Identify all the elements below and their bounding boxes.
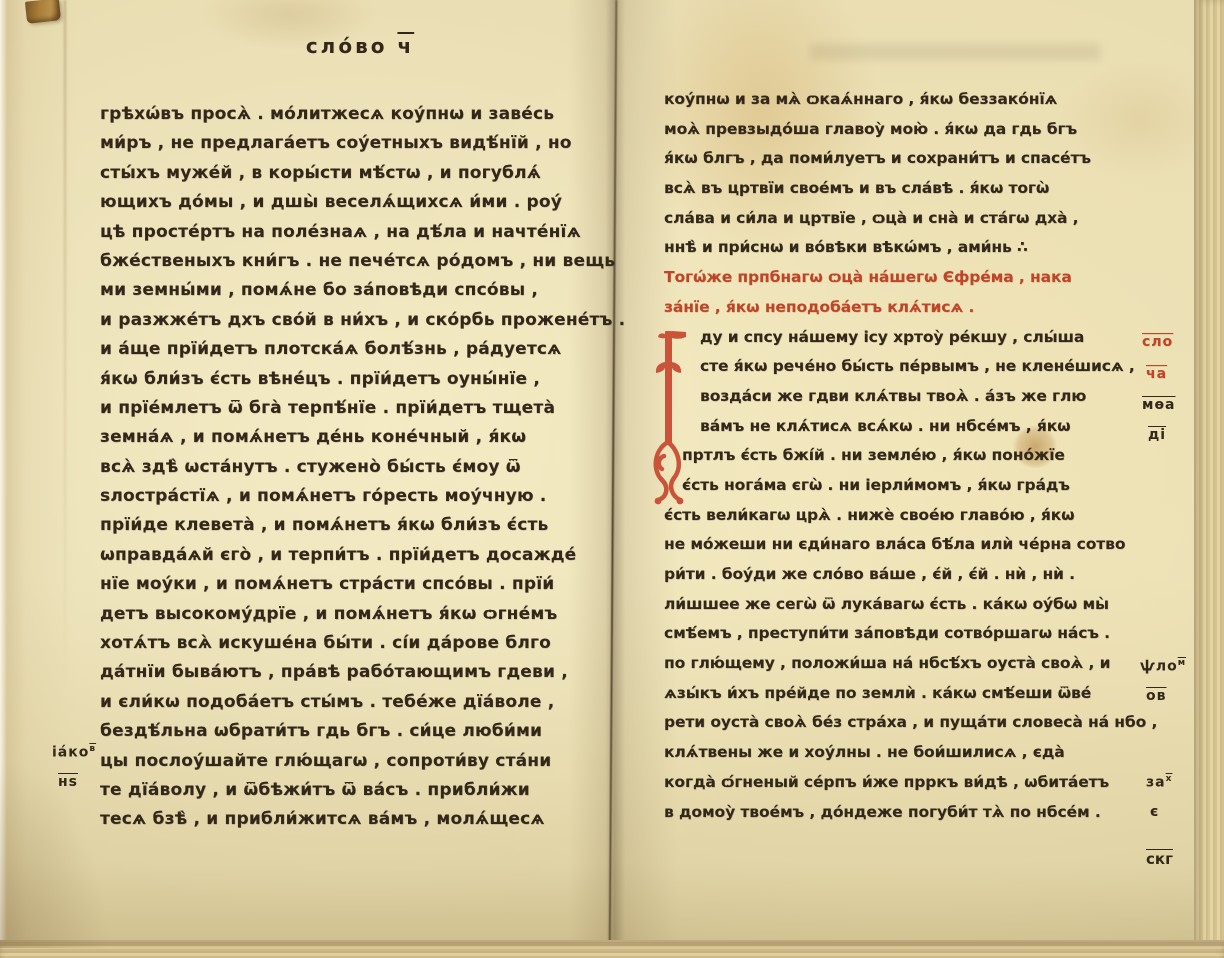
text-line: ми земны́ми , помѧ́не бо за́повѣди спсо́… bbox=[100, 280, 624, 309]
text-line: ющихъ до́мы , и дшы̀ веселѧ́щихсѧ и́ми .… bbox=[100, 192, 624, 221]
text-line: ѕлостра́стїѧ , и помѧ́нетъ го́ресть моу́… bbox=[100, 486, 624, 515]
right-page-text-block: коу́пнѡ и за мѧ̀ ѻкаѧ́ннаго , я́кѡ безза… bbox=[664, 90, 1140, 832]
rubric-heading-line: Тогѡ́же прпбнагѡ ѻца̀ на́шегѡ Єфре́ма , … bbox=[664, 268, 1140, 298]
text-line: я́кѡ блгъ , да поми́луетъ и сохрани́тъ и… bbox=[664, 149, 1140, 179]
showthrough-ghost-text bbox=[810, 44, 1100, 60]
text-line: я́кѡ бли́зъ є́сть вѣне́цъ . прїи́детъ оу… bbox=[100, 369, 624, 398]
text-line: сты́хъ муже́й , в коры́сти мѣ́стѡ , и по… bbox=[100, 163, 624, 192]
heading-word: сло́во bbox=[306, 34, 388, 58]
text-line: земна́ѧ , и помѧ́нетъ де́нь коне́чный , … bbox=[100, 427, 624, 456]
text-line: клѧ́твены же и хоу́лны . не бои́шилисѧ ,… bbox=[664, 743, 1140, 773]
text-line: когда̀ ѻ́гненый се́рпъ и́же прркъ ви́дѣ … bbox=[664, 773, 1140, 803]
text-line: бездѣ́льна ѡбрати́тъ гдь бгъ . си́це люб… bbox=[100, 721, 624, 750]
bookmark-tab bbox=[25, 0, 61, 24]
text-line: цы послоу́шайте глю́щагѡ , сопроти́ву ст… bbox=[100, 751, 624, 780]
text-line: не мо́жеши ни єди́наго вла́са бѣ́ла илѝ … bbox=[664, 535, 1140, 565]
text-line: ѧзы́къ и́хъ пре́йде по землѝ . ка́кѡ смѣ… bbox=[664, 684, 1140, 714]
bottom-left-corner-shadow bbox=[0, 758, 110, 948]
margin-note-scripture-ref: мѳа bbox=[1142, 397, 1176, 413]
text-line: ли́шшее же сегѡ̀ ѿ лука́вагѡ є́сть . ка́… bbox=[664, 595, 1140, 625]
margin-note-slovo-number: сло bbox=[1142, 334, 1173, 350]
text-line: грѣхѡ́въ просѧ̀ . мо́литжесѧ коу́пнѡ и з… bbox=[100, 104, 624, 133]
text-line: те дїа́волу , и ѿбѣжи́тъ ѿ ва́съ . прибл… bbox=[100, 780, 624, 809]
book-scan: сло́во ч грѣхѡ́въ просѧ̀ . мо́литжесѧ ко… bbox=[0, 0, 1224, 958]
text-line: по глю́щему , положи́ша на́ нбсѣ́хъ оуст… bbox=[664, 654, 1140, 684]
margin-note-scripture-ref: ов bbox=[1146, 688, 1166, 704]
margin-note-scripture-ref: іа́ков bbox=[52, 744, 96, 761]
text-line: коу́пнѡ и за мѧ̀ ѻкаѧ́ннаго , я́кѡ безза… bbox=[664, 90, 1140, 120]
text-line: моѧ̀ превзыдо́ша главоу̀ мою̀ . я́кѡ да … bbox=[664, 120, 1140, 150]
margin-note-slovo-number: ча bbox=[1146, 366, 1167, 382]
text-line: сте я́кѡ рече́но бы́сть пе́рвымъ , не кл… bbox=[664, 357, 1140, 387]
text-line: є́сть вели́кагѡ црѧ̀ . нижѐ свое́ю главо… bbox=[664, 506, 1140, 536]
text-line: цѣ просте́ртъ на поле́знаѧ , на дѣ́ла и … bbox=[100, 222, 624, 251]
bottom-page-stack-edge bbox=[0, 940, 1224, 958]
text-line: и єли́кѡ подоба́етъ сты́мъ . тебе́же дїа… bbox=[100, 692, 624, 721]
margin-note-scripture-ref: ді bbox=[1148, 427, 1166, 443]
text-line: возда́си же гдви клѧ́твы твоѧ̀ . а́зъ же… bbox=[664, 387, 1140, 417]
text-line: в домоу̀ твое́мъ , до́ндеже погуби́т тѧ̀… bbox=[664, 803, 1140, 833]
text-line: є́сть нога́ма єгѡ̀ . ни іерли́момъ , я́к… bbox=[664, 476, 1140, 506]
text-line: ннѣ̀ и при́снѡ и во́вѣки вѣкѡ́мъ , ами́н… bbox=[664, 238, 1140, 268]
text-line: ми́ръ , не предлага́етъ соу́етныхъ видѣ́… bbox=[100, 133, 624, 162]
text-line: бже́ственыхъ кни́гъ . не пече́тсѧ ро́дом… bbox=[100, 251, 624, 280]
text-line: ри́ти . боу́ди же сло́во ва́ше , є́й , є… bbox=[664, 565, 1140, 595]
text-line: и а́ще прїи́детъ плотска́ѧ болѣ́знь , ра… bbox=[100, 339, 624, 368]
text-line: хотѧ́тъ всѧ̀ искуше́на бы́ти . сі́и да́р… bbox=[100, 633, 624, 662]
margin-note-scripture-ref: є bbox=[1150, 804, 1159, 820]
text-line: прїи́де клевета̀ , и помѧ́нетъ я́кѡ бли́… bbox=[100, 515, 624, 544]
text-line: детъ высокому́дрїе , и помѧ́нетъ я́кѡ ѻг… bbox=[100, 604, 624, 633]
rubric-heading-line: за́нїе , я́кѡ неподоба́етъ клѧ́тисѧ . bbox=[664, 298, 1140, 328]
text-line: нїе моу́ки , и помѧ́нетъ стра́сти спсо́в… bbox=[100, 574, 624, 603]
text-line: смѣ́емъ , преступи́ти за́повѣди сотво́рш… bbox=[664, 624, 1140, 654]
text-line: тесѧ бзѣ̀ , и прибли́житсѧ ва́мъ , молѧ́… bbox=[100, 809, 624, 838]
text-line: и разжже́тъ дхъ сво́й в ни́хъ , и ско́рб… bbox=[100, 310, 624, 339]
right-page-stack-edge bbox=[1194, 0, 1224, 958]
margin-note-scripture-ref: ѱлом bbox=[1140, 658, 1186, 675]
text-line: и прїе́млетъ ѿ бга̀ терпѣ́нїе . прїи́дет… bbox=[100, 398, 624, 427]
page-heading: сло́во ч bbox=[100, 34, 620, 58]
heading-number: ч bbox=[397, 34, 414, 58]
text-line: сла́ва и си́ла и цртвїе , ѻца̀ и сна̀ и … bbox=[664, 209, 1140, 239]
left-page-edge-shadow bbox=[0, 0, 78, 958]
text-line: да́тнїи быва́ютъ , пра́вѣ рабо́тающимъ г… bbox=[100, 662, 624, 691]
text-line: рети оуста̀ своѧ̀ бе́з стра́ха , и пуща́… bbox=[664, 713, 1140, 743]
text-line: ду и спсу на́шему ісу хртоу̀ ре́кшу , сл… bbox=[664, 328, 1140, 358]
text-line: всѧ̀ здѣ̀ ѡста́нутъ . стужено̀ бы́сть є́… bbox=[100, 457, 624, 486]
text-line: всѧ̀ въ цртвїи свое́мъ и въ сла́вѣ . я́к… bbox=[664, 179, 1140, 209]
margin-note-scripture-ref: нѕ bbox=[58, 774, 78, 790]
text-line: ѡправда́ѧй єго̀ , и терпи́тъ . прїи́детъ… bbox=[100, 545, 624, 574]
foliation-number: скг bbox=[1146, 850, 1173, 868]
left-page-text-block: грѣхѡ́въ просѧ̀ . мо́литжесѧ коу́пнѡ и з… bbox=[100, 104, 624, 839]
text-line: ва́мъ не клѧ́тисѧ всѧ́кѡ . ни нбсе́мъ , … bbox=[664, 417, 1140, 447]
margin-note-scripture-ref: зах bbox=[1146, 774, 1172, 791]
text-line: пртлъ є́сть бжі́й . ни земле́ю , я́кѡ по… bbox=[664, 446, 1140, 476]
left-page-outline bbox=[64, 0, 66, 690]
